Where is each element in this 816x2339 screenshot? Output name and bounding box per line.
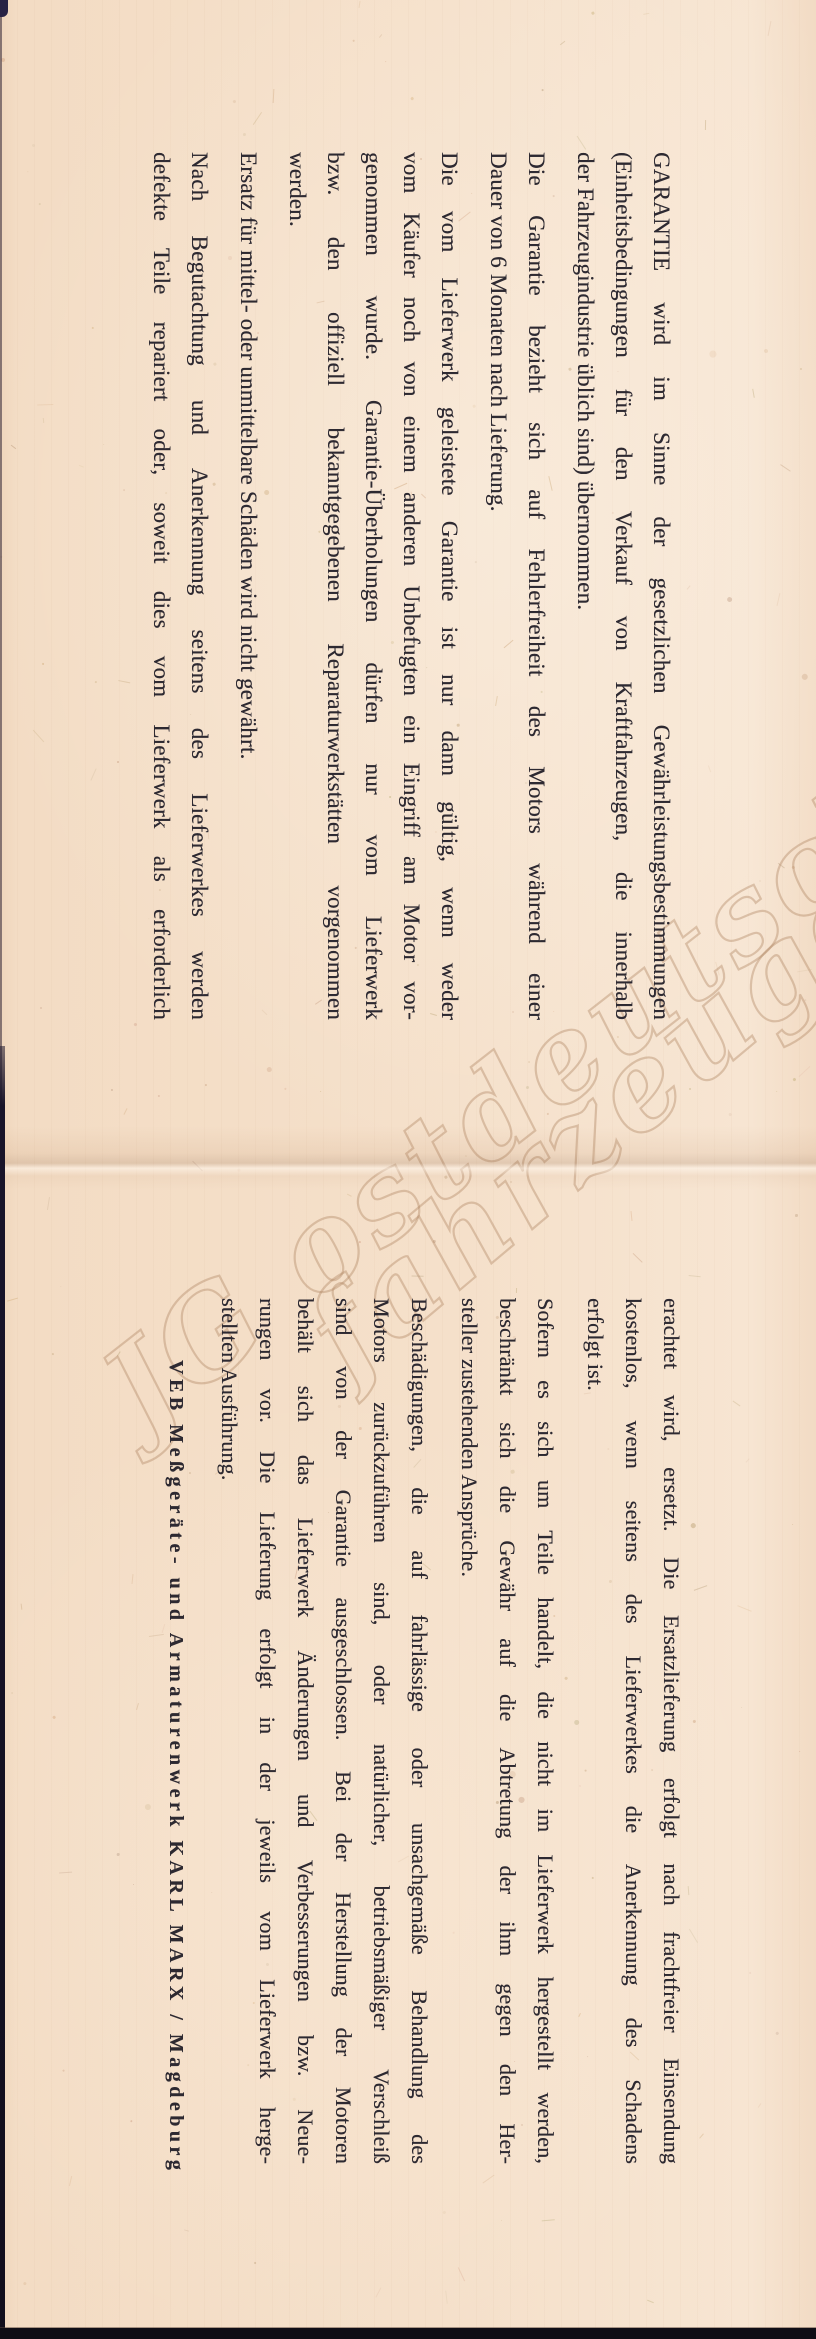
page-1-text-block: GARANTIE wird im Sinne der gesetzlichen … [131, 152, 680, 1020]
text-line: vom Käufer noch von einem anderen Unbefu… [392, 152, 430, 1020]
paragraph: Nach Begutachtung und Anerkennung seiten… [142, 152, 218, 1020]
text-line: Die Garantie bezieht sich auf Fehlerfrei… [517, 152, 555, 1020]
scan-edge-left-lower [0, 1046, 5, 2339]
publisher-imprint: VEB Meßgeräte- und Armaturenwerk KARL MA… [157, 1298, 195, 2164]
text-line: erachtet wird, ersetzt. Die Ersatzliefer… [652, 1298, 690, 2164]
text-line: steller zustehenden Ansprüche. [450, 1298, 488, 2164]
text-line: GARANTIE wird im Sinne der gesetzlichen … [642, 152, 680, 1020]
paragraph: Beschädigungen, die auf fahrlässige oder… [210, 1298, 438, 2164]
text-line: behält sich das Lieferwerk Änderungen un… [286, 1298, 324, 2164]
text-line: Ersatz für mittel- oder unmittelbare Sch… [229, 152, 267, 1020]
paragraph: Ersatz für mittel- oder unmittelbare Sch… [229, 152, 267, 1020]
text-line: sind von der Garantie ausgeschlossen. Be… [324, 1298, 362, 2164]
text-line: Nach Begutachtung und Anerkennung seiten… [180, 152, 218, 1020]
text-line: (Einheitsbedingungen für den Verkauf von… [604, 152, 642, 1020]
scan-edge-bottom [0, 2328, 816, 2339]
text-line: Beschädigungen, die auf fahrlässige oder… [400, 1298, 438, 2164]
text-line: kostenlos, wenn seitens des Lieferwerkes… [614, 1298, 652, 2164]
text-line: genommen wurde. Garantie-Überholungen dü… [354, 152, 392, 1020]
paragraph: GARANTIE wird im Sinne der gesetzlichen … [566, 152, 680, 1020]
page-2-text-block: erachtet wird, ersetzt. Die Ersatzliefer… [157, 1298, 690, 2164]
paragraph: erachtet wird, ersetzt. Die Ersatzliefer… [576, 1298, 690, 2164]
text-line: werden. [278, 152, 316, 1020]
text-line: Die vom Lieferwerk geleistete Garantie i… [430, 152, 468, 1020]
text-line: Sofern es sich um Teile handelt, die nic… [526, 1298, 564, 2164]
text-line: erfolgt ist. [576, 1298, 614, 2164]
paragraph: Die Garantie bezieht sich auf Fehlerfrei… [479, 152, 555, 1020]
text-line: stellten Ausführung. [210, 1298, 248, 2164]
text-line: Dauer von 6 Monaten nach Lieferung. [479, 152, 517, 1020]
scan-edge-corner [0, 0, 8, 17]
fold-crease [0, 1126, 816, 1190]
paragraph: Sofern es sich um Teile handelt, die nic… [450, 1298, 564, 2164]
text-line: beschränkt sich die Gewähr auf die Abtre… [488, 1298, 526, 2164]
text-line: Motors zurückzuführen sind, oder natürli… [362, 1298, 400, 2164]
text-line: defekte Teile repariert oder, soweit die… [142, 152, 180, 1020]
text-line: rungen vor. Die Lieferung erfolgt in der… [248, 1298, 286, 2164]
paragraph: Die vom Lieferwerk geleistete Garantie i… [278, 152, 468, 1020]
text-line: bzw. den offiziell bekanntgegebenen Repa… [316, 152, 354, 1020]
warranty-document-scan: JG ostdeutsche fahrzeuge GARANTIE wird i… [0, 0, 816, 2339]
text-line: der Fahrzeugindustrie üblich sind) übern… [566, 152, 604, 1020]
